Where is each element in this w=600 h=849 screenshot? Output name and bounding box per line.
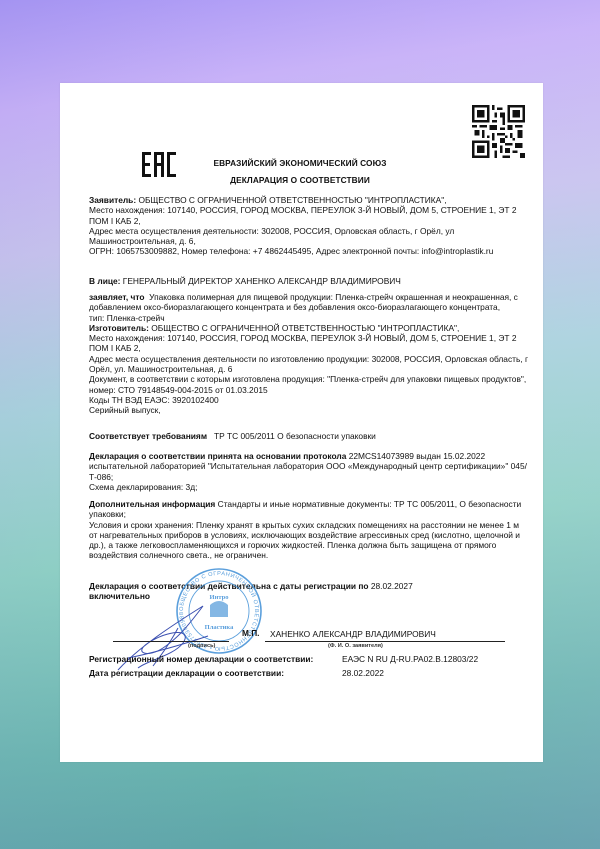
eac-logo-icon bbox=[142, 152, 176, 177]
representative-label: В лице: bbox=[89, 276, 120, 286]
manufacturer-location: Место нахождения: 107140, РОССИЯ, ГОРОД … bbox=[89, 333, 517, 353]
signature-line bbox=[113, 641, 229, 642]
representative-section: В лице: ГЕНЕРАЛЬНЫЙ ДИРЕКТОР ХАНЕНКО АЛЕ… bbox=[89, 276, 529, 286]
applicant-location: Место нахождения: 107140, РОССИЯ, ГОРОД … bbox=[89, 205, 517, 225]
additional-info-section: Дополнительная информация Стандарты и ин… bbox=[89, 499, 529, 561]
name-caption: (Ф. И. О. заявителя) bbox=[328, 643, 383, 649]
conformity-value: ТР ТС 005/2011 О безопасности упаковки bbox=[214, 431, 376, 441]
protocol-label: Декларация о соответствии принята на осн… bbox=[89, 451, 346, 461]
validity-date: 28.02.2027 bbox=[371, 581, 413, 591]
document-title: ДЕКЛАРАЦИЯ О СООТВЕТСТВИИ bbox=[180, 175, 420, 185]
manufacturer-document: Документ, в соответствии с которым изгот… bbox=[89, 374, 526, 394]
additional-label: Дополнительная информация bbox=[89, 499, 215, 509]
registration-number-label: Регистрационный номер декларации о соотв… bbox=[89, 654, 313, 664]
registration-date-label: Дата регистрации декларации о соответств… bbox=[89, 668, 284, 678]
protocol-section: Декларация о соответствии принята на осн… bbox=[89, 451, 529, 492]
applicant-contacts: ОГРН: 1065753009882, Номер телефона: +7 … bbox=[89, 246, 493, 256]
storage-conditions: Условия и сроки хранения: Пленку хранят … bbox=[89, 520, 520, 561]
product-description: Упаковка полимерная для пищевой продукци… bbox=[89, 292, 518, 312]
registration-date-value: 28.02.2022 bbox=[342, 668, 384, 678]
signature-caption: (подпись) bbox=[188, 643, 215, 649]
release-type: Серийный выпуск, bbox=[89, 405, 161, 415]
applicant-name: ОБЩЕСТВО С ОГРАНИЧЕННОЙ ОТВЕТСТВЕННОСТЬЮ… bbox=[138, 195, 446, 205]
applicant-section: Заявитель: ОБЩЕСТВО С ОГРАНИЧЕННОЙ ОТВЕТ… bbox=[89, 195, 529, 257]
product-type: тип: Пленка-стрейч bbox=[89, 313, 165, 323]
manufacturer-production-address: Адрес места осуществления деятельности п… bbox=[89, 354, 528, 374]
tn-ved-codes: Коды ТН ВЭД ЕАЭС: 3920102400 bbox=[89, 395, 219, 405]
declaration-section: заявляет, что Упаковка полимерная для пи… bbox=[89, 292, 529, 416]
declares-label: заявляет, что bbox=[89, 292, 144, 302]
signer-name: ХАНЕНКО АЛЕКСАНДР ВЛАДИМИРОВИЧ bbox=[270, 629, 436, 639]
conformity-label: Соответствует требованиям bbox=[89, 431, 207, 441]
name-line bbox=[265, 641, 505, 642]
applicant-label: Заявитель: bbox=[89, 195, 136, 205]
union-title: ЕВРАЗИЙСКИЙ ЭКОНОМИЧЕСКИЙ СОЮЗ bbox=[180, 158, 420, 168]
stamp-mark: М.П. bbox=[242, 628, 260, 638]
representative-value: ГЕНЕРАЛЬНЫЙ ДИРЕКТОР ХАНЕНКО АЛЕКСАНДР В… bbox=[123, 276, 401, 286]
signature-icon bbox=[108, 598, 228, 678]
declaration-scheme: Схема декларирования: 3д; bbox=[89, 482, 197, 492]
applicant-activity-address: Адрес места осуществления деятельности: … bbox=[89, 226, 454, 246]
qr-code-icon bbox=[472, 105, 525, 158]
registration-number-value: ЕАЭС N RU Д-RU.PA02.B.12803/22 bbox=[342, 654, 478, 664]
manufacturer-label: Изготовитель: bbox=[89, 323, 149, 333]
declaration-document: ЕВРАЗИЙСКИЙ ЭКОНОМИЧЕСКИЙ СОЮЗ ДЕКЛАРАЦИ… bbox=[60, 83, 543, 762]
manufacturer-name: ОБЩЕСТВО С ОГРАНИЧЕННОЙ ОТВЕТСТВЕННОСТЬЮ… bbox=[151, 323, 459, 333]
conformity-section: Соответствует требованиям ТР ТС 005/2011… bbox=[89, 431, 529, 441]
